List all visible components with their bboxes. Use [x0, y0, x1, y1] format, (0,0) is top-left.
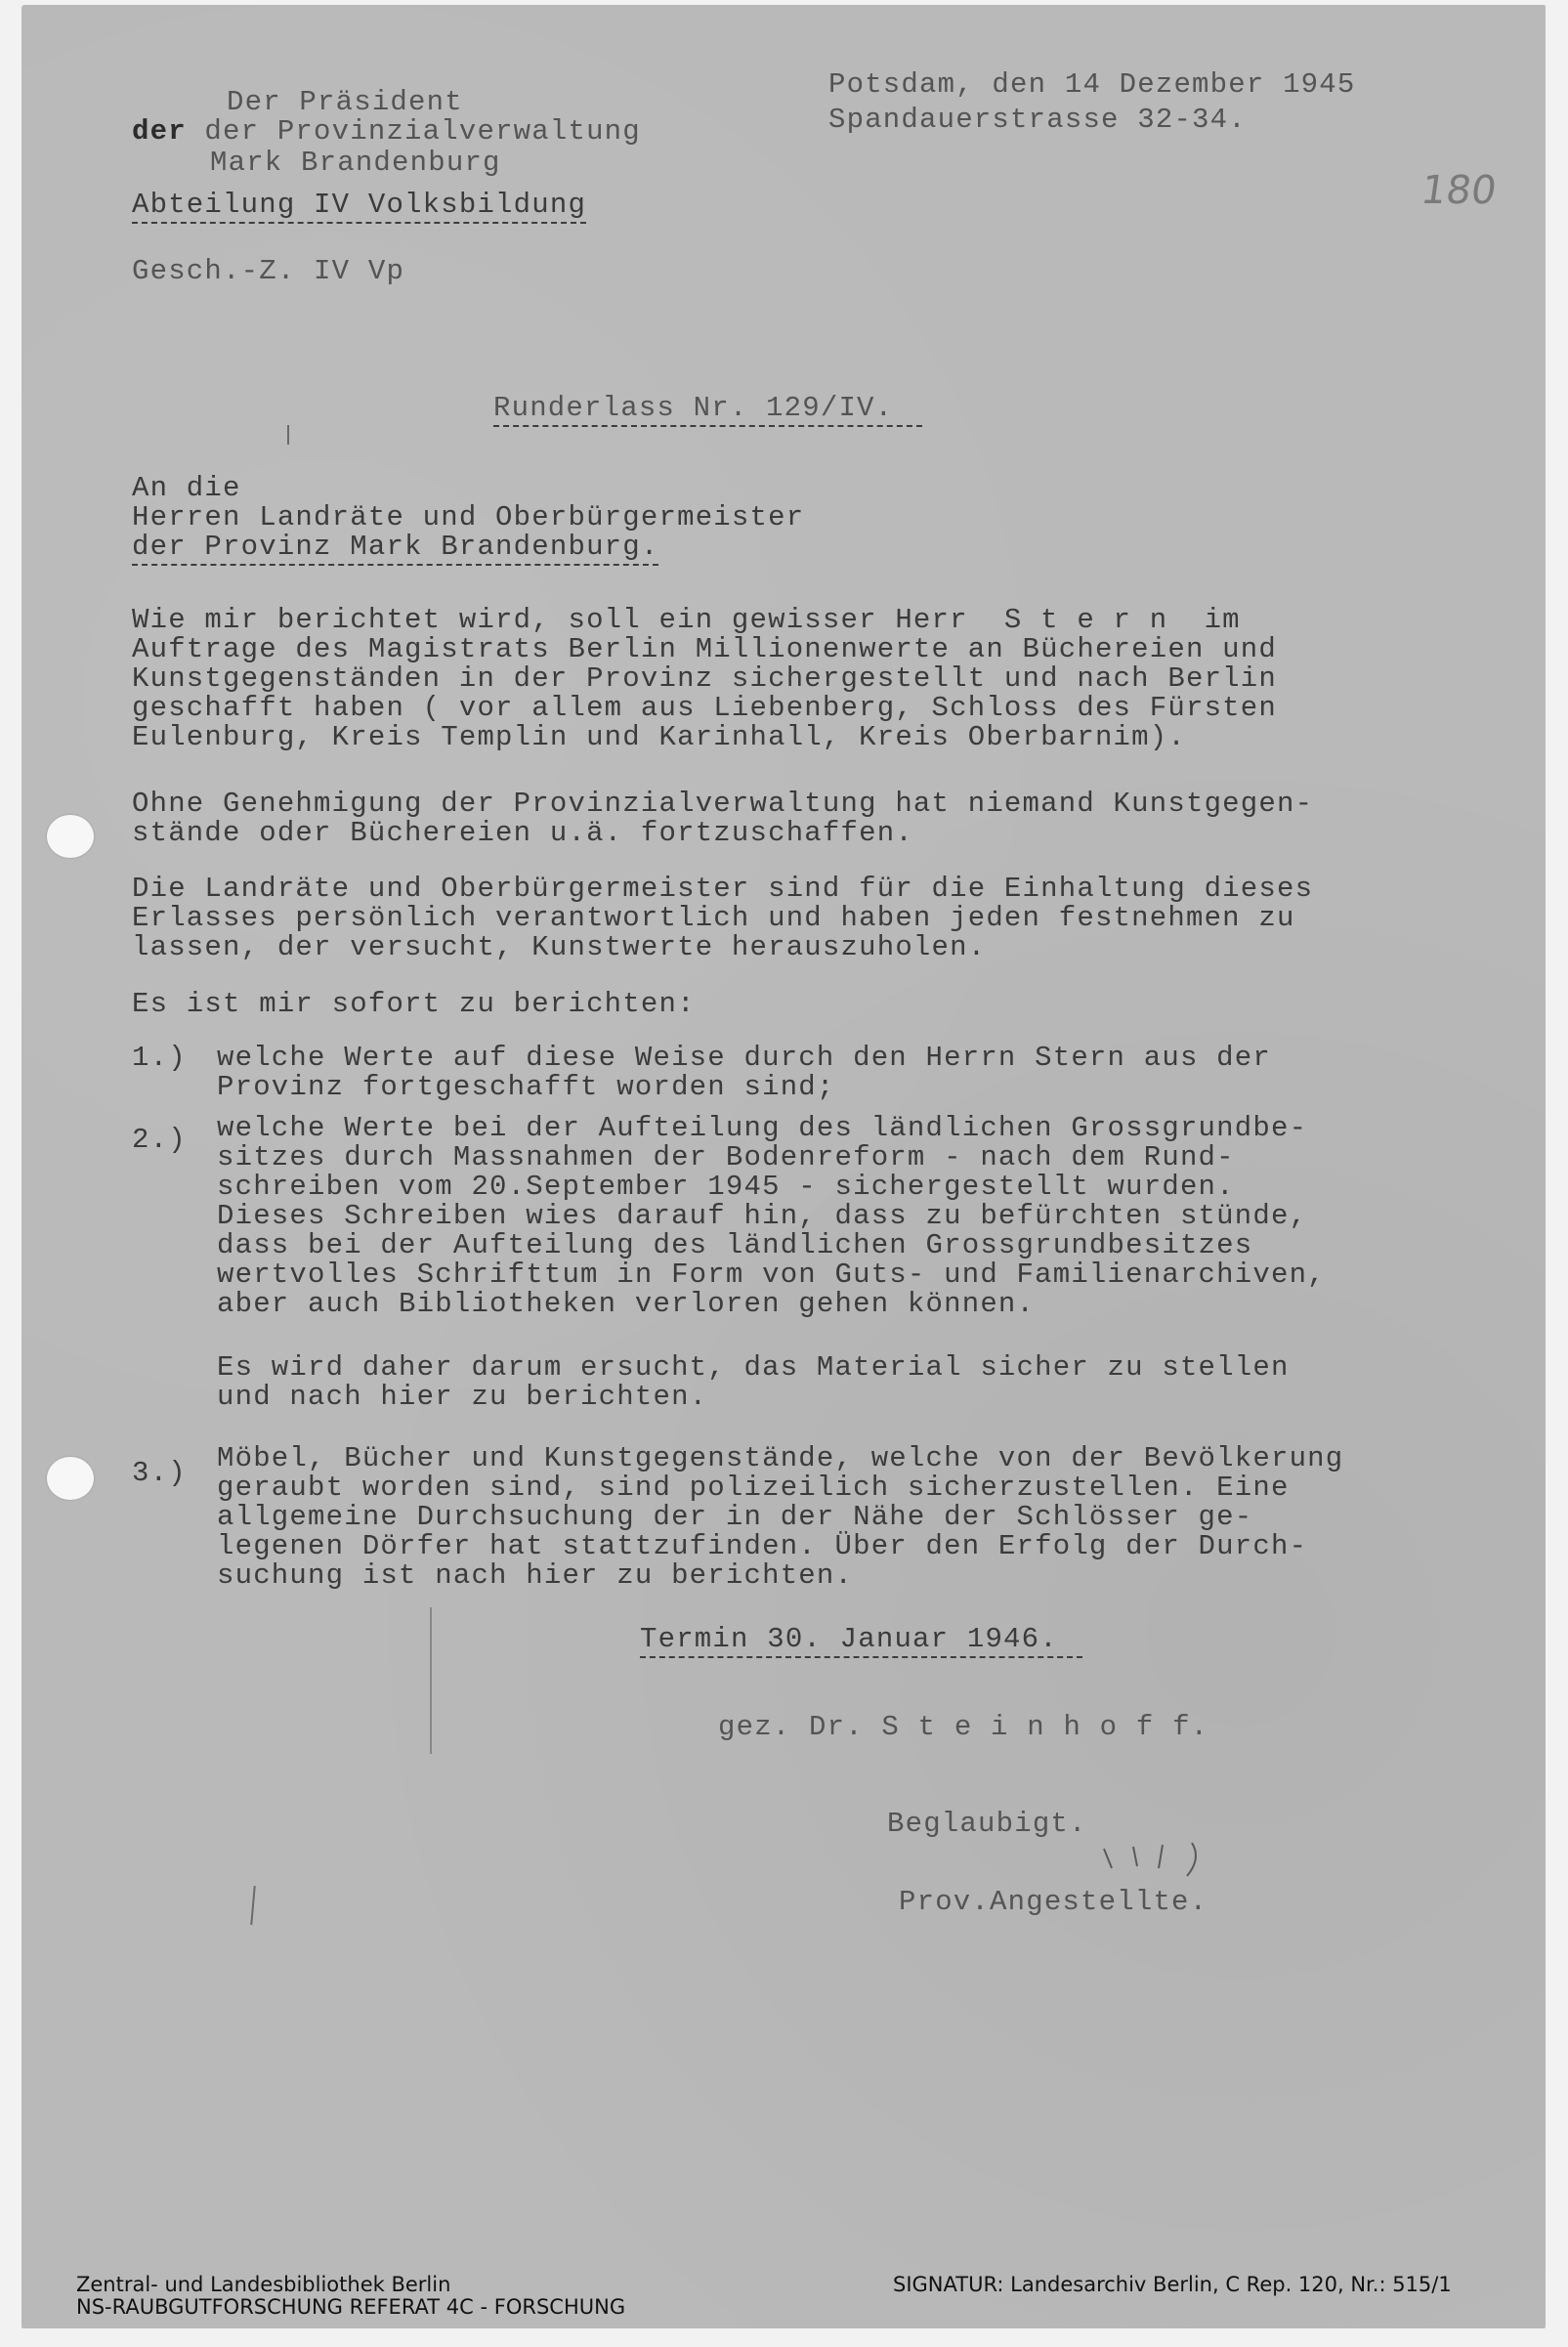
letterhead-office-prefix: der — [132, 115, 204, 148]
signed-by: gez. Dr. S t e i n h o f f. — [718, 1713, 1208, 1742]
text-line: welche Werte bei der Aufteilung des länd… — [217, 1114, 1307, 1143]
list-number: 2.) — [132, 1126, 187, 1155]
letterhead-region: Mark Brandenburg — [210, 149, 501, 178]
footer-library: Zentral- und Landesbibliothek Berlin — [76, 2274, 450, 2296]
text-line: geraubt worden sind, sind polizeilich si… — [217, 1473, 1290, 1503]
footer-signature-ref: SIGNATUR: Landesarchiv Berlin, C Rep. 12… — [893, 2274, 1452, 2296]
text-line: Auftrage des Magistrats Berlin Millionen… — [132, 635, 1277, 664]
letterhead-office: der der Provinzialverwaltung — [132, 117, 641, 147]
list-intro: Es ist mir sofort zu berichten: — [132, 990, 696, 1019]
text-line: wertvolles Schrifttum in Form von Guts- … — [217, 1260, 1326, 1290]
punch-hole-lower — [47, 1457, 94, 1500]
folio-number: 180 — [1419, 168, 1500, 213]
deadline: Termin 30. Januar 1946. — [640, 1625, 1082, 1658]
text-line: allgemeine Durchsuchung der in der Nähe … — [217, 1503, 1252, 1532]
footer-department: NS-RAUBGUTFORSCHUNG REFERAT 4C - FORSCHU… — [76, 2296, 625, 2319]
punch-hole-upper — [47, 815, 94, 858]
address: Spandauerstrasse 32-34. — [828, 106, 1247, 135]
text-line: schreiben vom 20.September 1945 - sicher… — [217, 1173, 1235, 1202]
addressee-line2: Herren Landräte und Oberbürgermeister — [132, 503, 804, 533]
text-line: Erlasses persönlich verantwortlich und h… — [132, 904, 1295, 933]
text-line: Die Landräte und Oberbürgermeister sind … — [132, 875, 1313, 904]
text-line: dass bei der Aufteilung des ländlichen G… — [217, 1231, 1252, 1260]
signature-scribble-icon — [1094, 1839, 1270, 1878]
text-line: Es wird daher darum ersucht, das Materia… — [217, 1353, 1290, 1383]
text-line: suchung ist nach hier zu berichten. — [217, 1561, 853, 1591]
text-line: sitzes durch Massnahmen der Bodenreform … — [217, 1143, 1235, 1173]
certified-label: Beglaubigt. — [887, 1810, 1087, 1839]
text-line: und nach hier zu berichten. — [217, 1383, 707, 1412]
text-line: Möbel, Bücher und Kunstgegenstände, welc… — [217, 1444, 1343, 1473]
addressee-line3: der Provinz Mark Brandenburg. — [132, 533, 658, 566]
certifier-role: Prov.Angestellte. — [899, 1888, 1208, 1917]
text-line: geschafft haben ( vor allem aus Liebenbe… — [132, 694, 1277, 723]
pencil-mark — [287, 425, 289, 445]
place-date: Potsdam, den 14 Dezember 1945 — [828, 70, 1355, 100]
text-line: legenen Dörfer hat stattzufinden. Über d… — [217, 1532, 1307, 1561]
letterhead-office-name: der Provinzialverwaltung — [204, 115, 640, 148]
text-line: aber auch Bibliotheken verloren gehen kö… — [217, 1290, 1035, 1319]
text-line: stände oder Büchereien u.ä. fortzuschaff… — [132, 819, 913, 848]
text-line: Ohne Genehmigung der Provinzialverwaltun… — [132, 789, 1313, 819]
text-line: Wie mir berichtet wird, soll ein gewisse… — [132, 606, 1241, 635]
list-number: 1.) — [132, 1044, 187, 1073]
list-number: 3.) — [132, 1459, 187, 1488]
pencil-mark — [250, 1886, 255, 1925]
pencil-mark — [430, 1607, 432, 1754]
text-line: Eulenburg, Kreis Templin und Karinhall, … — [132, 723, 1186, 752]
text-line: lassen, der versucht, Kunstwerte herausz… — [132, 933, 986, 962]
text-line: Kunstgegenständen in der Provinz sicherg… — [132, 664, 1277, 694]
text-line: welche Werte auf diese Weise durch den H… — [217, 1044, 1271, 1073]
reference-number: Gesch.-Z. IV Vp — [132, 257, 404, 286]
letterhead-title: Der Präsident — [227, 88, 463, 117]
addressee-line1: An die — [132, 474, 241, 503]
text-line: Provinz fortgeschafft worden sind; — [217, 1073, 835, 1102]
letterhead-department: Abteilung IV Volksbildung — [132, 191, 586, 224]
document-title: Runderlass Nr. 129/IV. — [493, 394, 922, 427]
text-line: Dieses Schreiben wies darauf hin, dass z… — [217, 1202, 1307, 1231]
